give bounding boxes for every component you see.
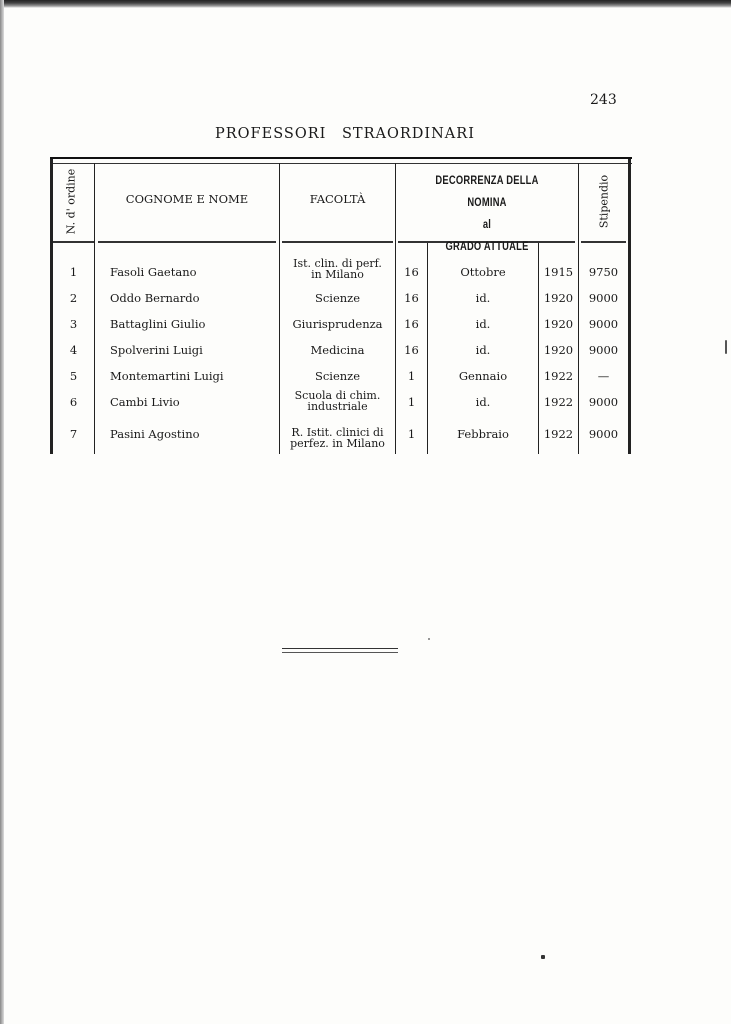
cell-faculty: Medicina bbox=[280, 343, 395, 357]
cell-faculty: Ist. clin. di perf. in Milano bbox=[280, 258, 395, 280]
cell-month: Ottobre bbox=[428, 265, 538, 279]
scan-left-edge bbox=[0, 0, 4, 1024]
scan-top-edge bbox=[0, 0, 731, 8]
header-faculty: FACOLTÀ bbox=[280, 192, 395, 206]
cell-salary: — bbox=[579, 369, 628, 383]
cell-salary: 9000 bbox=[579, 343, 628, 357]
cell-day: 16 bbox=[396, 317, 427, 331]
cell-day: 1 bbox=[396, 395, 427, 409]
cell-order: 7 bbox=[53, 427, 94, 441]
col-divider bbox=[94, 163, 95, 454]
header-order: N. d' ordine bbox=[65, 162, 78, 242]
cell-name: Montemartini Luigi bbox=[110, 369, 224, 383]
cell-name: Fasoli Gaetano bbox=[110, 265, 197, 279]
cell-faculty: Scuola di chim. industriale bbox=[280, 390, 395, 412]
cell-salary: 9000 bbox=[579, 427, 628, 441]
cell-name: Oddo Bernardo bbox=[110, 291, 200, 305]
cell-day: 16 bbox=[396, 343, 427, 357]
cell-year: 1922 bbox=[539, 427, 578, 441]
cell-name: Pasini Agostino bbox=[110, 427, 200, 441]
cell-order: 6 bbox=[53, 395, 94, 409]
cell-faculty: Giurisprudenza bbox=[280, 317, 395, 331]
cell-name: Spolverini Luigi bbox=[110, 343, 203, 357]
header-salary: Stipendio bbox=[598, 162, 611, 242]
table-right-border bbox=[628, 159, 631, 454]
header-date: DECORRENZA DELLA NOMINA al GRADO ATTUALE bbox=[396, 169, 578, 257]
cell-faculty-line2: perfez. in Milano bbox=[280, 438, 395, 449]
cell-day: 16 bbox=[396, 291, 427, 305]
cell-salary: 9750 bbox=[579, 265, 628, 279]
scan-speck bbox=[428, 638, 430, 640]
cell-order: 3 bbox=[53, 317, 94, 331]
header-rule bbox=[282, 241, 393, 243]
cell-month: Gennaio bbox=[428, 369, 538, 383]
cell-year: 1915 bbox=[539, 265, 578, 279]
cell-month: id. bbox=[428, 395, 538, 409]
professors-table: N. d' ordine COGNOME E NOME FACOLTÀ DECO… bbox=[50, 157, 632, 454]
cell-salary: 9000 bbox=[579, 317, 628, 331]
header-date-line1: DECORRENZA DELLA NOMINA bbox=[416, 169, 558, 213]
cell-faculty: Scienze bbox=[280, 291, 395, 305]
header-name: COGNOME E NOME bbox=[95, 192, 279, 206]
section-divider-rule bbox=[282, 648, 398, 653]
cell-year: 1922 bbox=[539, 395, 578, 409]
cell-name: Cambi Livio bbox=[110, 395, 180, 409]
cell-month: Febbraio bbox=[428, 427, 538, 441]
cell-day: 1 bbox=[396, 427, 427, 441]
cell-year: 1920 bbox=[539, 291, 578, 305]
col-divider bbox=[578, 163, 579, 454]
cell-day: 1 bbox=[396, 369, 427, 383]
header-rule bbox=[98, 241, 276, 243]
header-date-line2: al bbox=[416, 213, 558, 235]
cell-month: id. bbox=[428, 343, 538, 357]
cell-month: id. bbox=[428, 317, 538, 331]
cell-day: 16 bbox=[396, 265, 427, 279]
cell-faculty-line2: in Milano bbox=[280, 269, 395, 280]
cell-faculty: Scienze bbox=[280, 369, 395, 383]
table-top-rule bbox=[50, 157, 632, 164]
cell-order: 4 bbox=[53, 343, 94, 357]
table-left-border bbox=[50, 159, 53, 454]
page-title: PROFESSORI STRAORDINARI bbox=[215, 126, 475, 142]
cell-order: 2 bbox=[53, 291, 94, 305]
cell-salary: 9000 bbox=[579, 291, 628, 305]
page-number: 243 bbox=[590, 92, 617, 108]
header-date-line3: GRADO ATTUALE bbox=[416, 235, 558, 257]
cell-year: 1922 bbox=[539, 369, 578, 383]
cell-faculty-line2: industriale bbox=[280, 401, 395, 412]
cell-year: 1920 bbox=[539, 317, 578, 331]
cell-order: 1 bbox=[53, 265, 94, 279]
scan-speck bbox=[541, 955, 545, 959]
cell-month: id. bbox=[428, 291, 538, 305]
cell-name: Battaglini Giulio bbox=[110, 317, 205, 331]
cell-year: 1920 bbox=[539, 343, 578, 357]
scan-mark bbox=[725, 340, 727, 354]
cell-faculty: R. Istit. clinici di perfez. in Milano bbox=[280, 427, 395, 449]
cell-salary: 9000 bbox=[579, 395, 628, 409]
cell-order: 5 bbox=[53, 369, 94, 383]
